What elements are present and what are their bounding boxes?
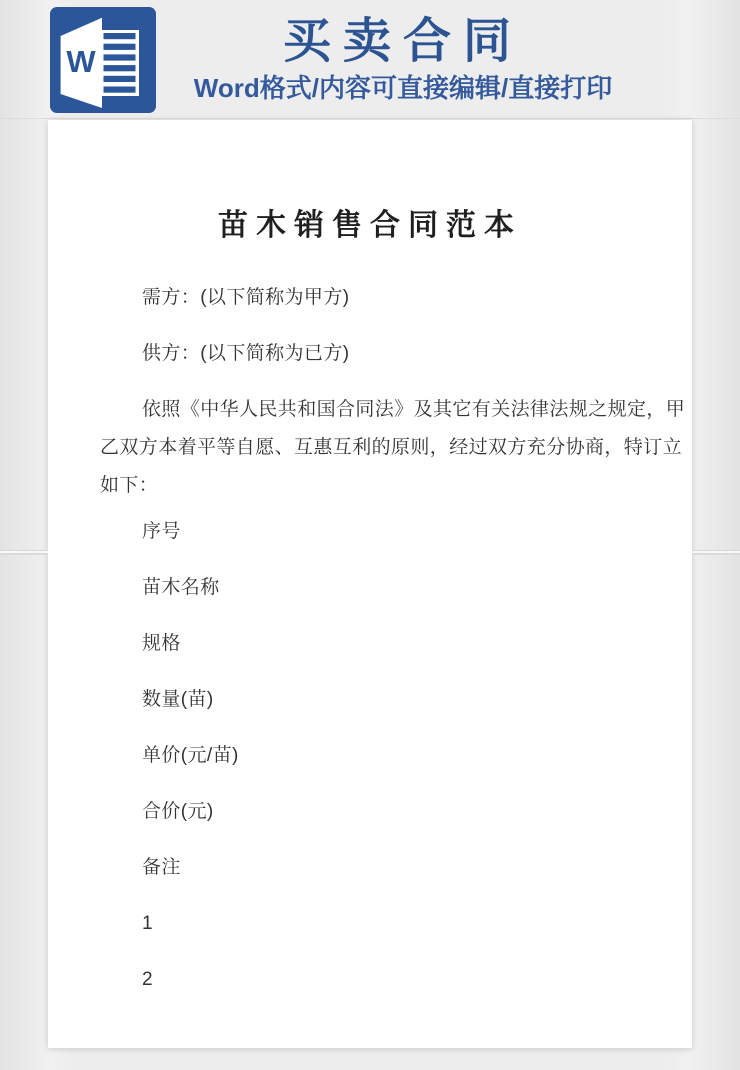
promo-title: 买卖合同 bbox=[194, 12, 612, 72]
intro-line: 依照《中华人民共和国合同法》及其它有关法律法规之规定，甲 bbox=[100, 391, 678, 429]
promo-subtitle: Word格式/内容可直接编辑/直接打印 bbox=[194, 72, 612, 104]
document-title: 苗木销售合同范本 bbox=[48, 205, 692, 247]
table-field-quantity: 数量(苗) bbox=[100, 681, 678, 719]
table-field-remarks: 备注 bbox=[100, 849, 678, 887]
word-icon: W bbox=[50, 7, 156, 113]
table-field-unit-price: 单价(元/苗) bbox=[100, 737, 678, 775]
table-field-index: 序号 bbox=[100, 513, 678, 551]
document-page: 苗木销售合同范本 需方：(以下简称为甲方) 供方：(以下简称为已方) 依照《中华… bbox=[48, 120, 692, 1048]
page-break-marker-right bbox=[692, 550, 740, 557]
table-field-spec: 规格 bbox=[100, 625, 678, 663]
party-b-line: 供方：(以下简称为已方) bbox=[100, 335, 678, 373]
promo-text-block: 买卖合同 Word格式/内容可直接编辑/直接打印 bbox=[194, 12, 612, 104]
table-field-total-price: 合价(元) bbox=[100, 793, 678, 831]
row-number: 2 bbox=[100, 961, 678, 999]
row-number: 1 bbox=[100, 905, 678, 943]
word-icon-letter: W bbox=[66, 44, 96, 79]
intro-line: 如下： bbox=[100, 467, 678, 505]
intro-line: 乙双方本着平等自愿、互惠互利的原则，经过双方充分协商，特订立 bbox=[100, 429, 678, 467]
page-break-marker-left bbox=[0, 550, 48, 557]
intro-paragraph: 依照《中华人民共和国合同法》及其它有关法律法规之规定，甲 乙双方本着平等自愿、互… bbox=[100, 391, 678, 505]
party-a-line: 需方：(以下简称为甲方) bbox=[100, 279, 678, 317]
table-field-seedling-name: 苗木名称 bbox=[100, 569, 678, 607]
promo-header: W 买卖合同 Word格式/内容可直接编辑/直接打印 bbox=[0, 0, 740, 119]
